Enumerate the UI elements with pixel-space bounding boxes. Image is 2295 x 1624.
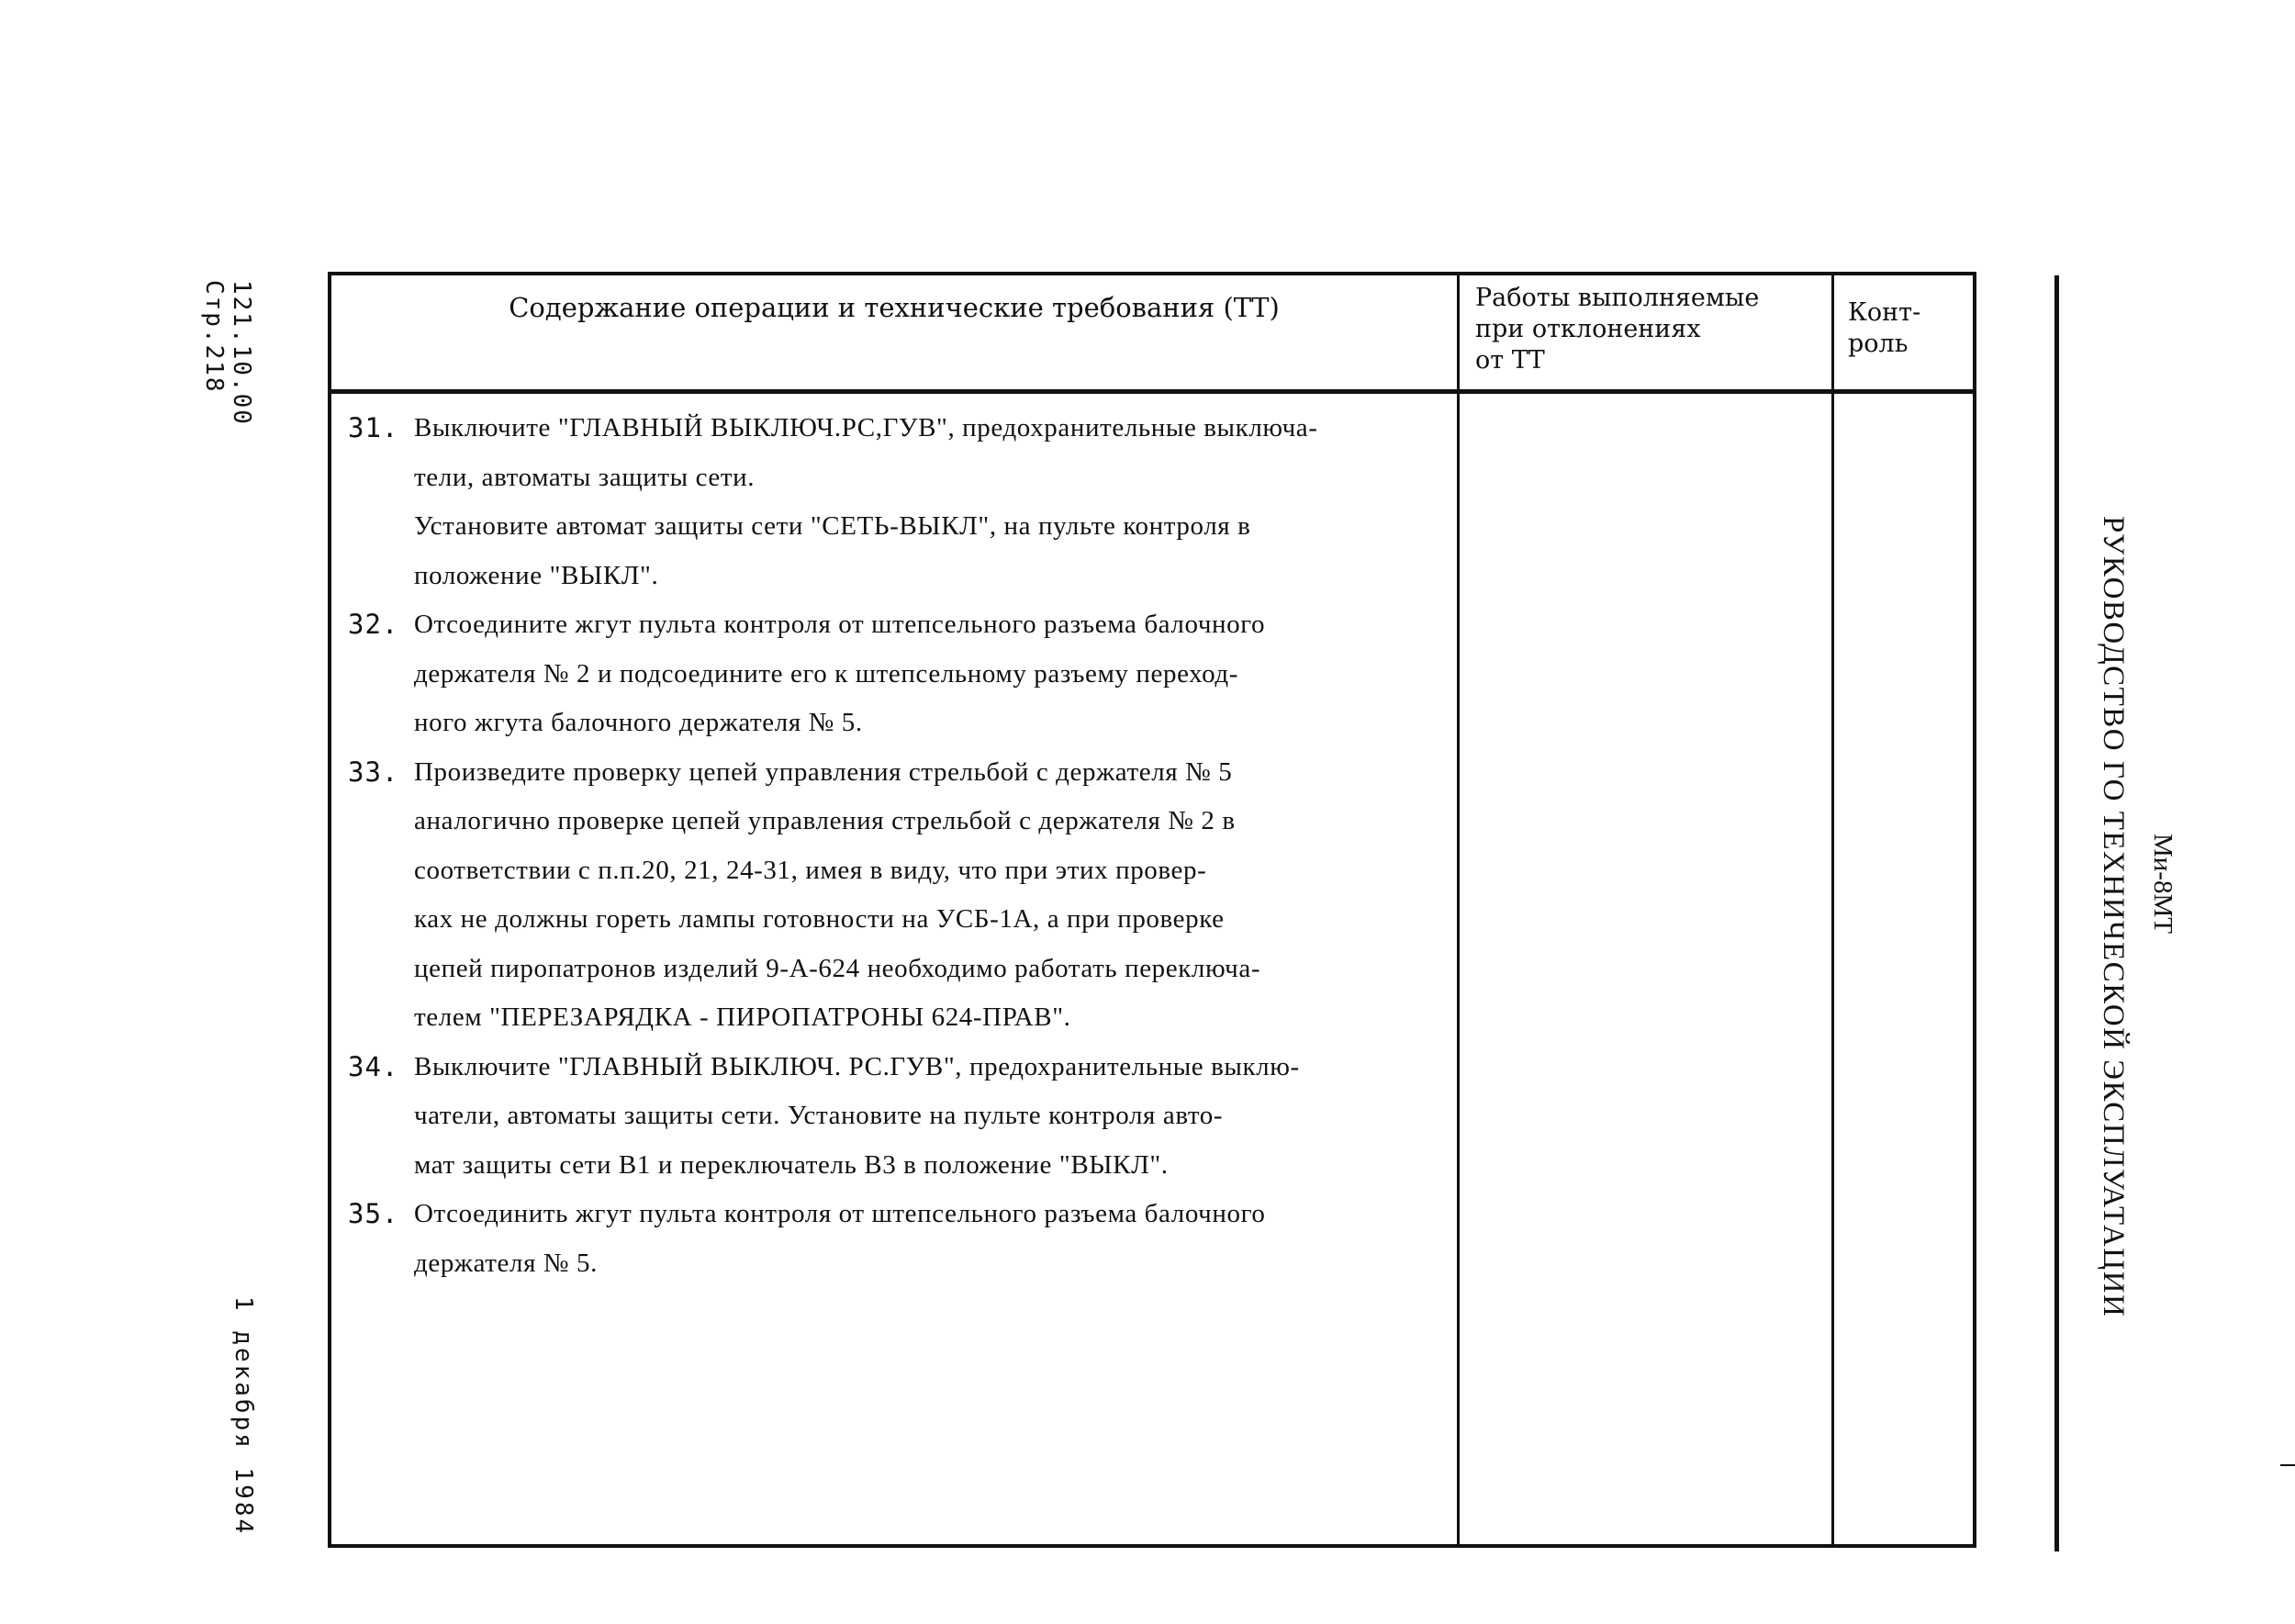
operation-line: соответствии с п.п.20, 21, 24-31, имея в… xyxy=(348,846,1450,896)
column-header-deviations: Работы выполняемые при отклонениях от ТТ xyxy=(1475,283,1824,376)
operation-text: Произведите проверку цепей управления ст… xyxy=(414,748,1232,798)
operation-item: 31.Выключите "ГЛАВНЫЙ ВЫКЛЮЧ.РС,ГУВ", пр… xyxy=(348,404,1450,600)
operation-text: Отсоединить жгут пульта контроля от штеп… xyxy=(414,1190,1265,1239)
manual-title: РУКОВОДСТВО ГО ТЕХНИЧЕСКОЙ ЭКСПЛУАТАЦИИ xyxy=(2096,516,2130,1317)
operation-line: 34.Выключите "ГЛАВНЫЙ ВЫКЛЮЧ. РС.ГУВ", п… xyxy=(348,1043,1450,1092)
operation-text: ного жгута балочного держателя № 5. xyxy=(414,699,863,748)
operation-text: ках не должны гореть лампы готовности на… xyxy=(414,895,1225,945)
operation-line: ного жгута балочного держателя № 5. xyxy=(348,699,1450,748)
operation-text: держателя № 2 и подсоедините его к штепс… xyxy=(414,650,1238,700)
operation-line: 33.Произведите проверку цепей управления… xyxy=(348,748,1450,798)
operation-line: 31.Выключите "ГЛАВНЫЙ ВЫКЛЮЧ.РС,ГУВ", пр… xyxy=(348,404,1450,454)
aircraft-model: Ми-8МТ xyxy=(2147,834,2177,934)
operation-number: 34. xyxy=(348,1043,412,1092)
operation-item: 32.Отсоедините жгут пульта контроля от ш… xyxy=(348,600,1450,748)
operation-text: держателя № 5. xyxy=(414,1239,598,1289)
operation-text: Установите автомат защиты сети "СЕТЬ-ВЫК… xyxy=(414,502,1250,552)
operation-line: аналогично проверке цепей управления стр… xyxy=(348,797,1450,846)
operation-text: Отсоедините жгут пульта контроля от штеп… xyxy=(414,600,1265,650)
operation-line: телем "ПЕРЕЗАРЯДКА - ПИРОПАТРОНЫ 624-ПРА… xyxy=(348,993,1450,1043)
operation-line: ках не должны гореть лампы готовности на… xyxy=(348,895,1450,945)
operation-text: цепей пиропатронов изделий 9-А-624 необх… xyxy=(414,945,1260,994)
operation-line: Установите автомат защиты сети "СЕТЬ-ВЫК… xyxy=(348,502,1450,552)
operation-line: держателя № 2 и подсоедините его к штепс… xyxy=(348,650,1450,700)
operation-line: 35.Отсоединить жгут пульта контроля от ш… xyxy=(348,1190,1450,1239)
document-page: 121.10.00 Стр.218 1 декабря 1984 Содержа… xyxy=(0,0,2295,1624)
operation-line: держателя № 5. xyxy=(348,1239,1450,1289)
document-code-stamp: 121.10.00 Стр.218 xyxy=(200,280,255,464)
operation-text: телем "ПЕРЕЗАРЯДКА - ПИРОПАТРОНЫ 624-ПРА… xyxy=(414,993,1070,1043)
document-code: 121.10.00 xyxy=(228,280,255,426)
operation-number: 35. xyxy=(348,1190,412,1239)
operation-text: Выключите "ГЛАВНЫЙ ВЫКЛЮЧ. РС.ГУВ", пред… xyxy=(414,1043,1300,1092)
column-divider xyxy=(1831,275,1834,1544)
operation-text: соответствии с п.п.20, 21, 24-31, имея в… xyxy=(414,846,1206,896)
column-header-content: Содержание операции и технические требов… xyxy=(331,292,1457,323)
operation-line: тели, автоматы защиты сети. xyxy=(348,454,1450,503)
operation-item: 35.Отсоединить жгут пульта контроля от ш… xyxy=(348,1190,1450,1288)
operation-number: 33. xyxy=(348,748,412,798)
operation-line: положение "ВЫКЛ". xyxy=(348,552,1450,601)
operation-text: аналогично проверке цепей управления стр… xyxy=(414,797,1236,846)
operation-line: 32.Отсоедините жгут пульта контроля от ш… xyxy=(348,600,1450,650)
operation-line: мат защиты сети В1 и переключатель В3 в … xyxy=(348,1141,1450,1191)
column-divider xyxy=(1457,275,1460,1544)
column-header-control: Конт- роль xyxy=(1848,297,1967,360)
operation-line: цепей пиропатронов изделий 9-А-624 необх… xyxy=(348,945,1450,994)
operation-number: 32. xyxy=(348,600,412,650)
operation-text: тели, автоматы защиты сети. xyxy=(414,454,755,503)
edge-mark xyxy=(2280,1464,2295,1466)
header-divider xyxy=(331,389,1973,394)
page-number: Стр.218 xyxy=(200,280,228,464)
operation-text: положение "ВЫКЛ". xyxy=(414,552,658,601)
operation-number: 31. xyxy=(348,404,412,454)
operation-item: 34.Выключите "ГЛАВНЫЙ ВЫКЛЮЧ. РС.ГУВ", п… xyxy=(348,1043,1450,1191)
revision-date: 1 декабря 1984 xyxy=(229,1296,257,1536)
operation-text: Выключите "ГЛАВНЫЙ ВЫКЛЮЧ.РС,ГУВ", предо… xyxy=(414,404,1317,454)
operation-line: чатели, автоматы защиты сети. Установите… xyxy=(348,1092,1450,1141)
operation-item: 33.Произведите проверку цепей управления… xyxy=(348,748,1450,1043)
operations-list: 31.Выключите "ГЛАВНЫЙ ВЫКЛЮЧ.РС,ГУВ", пр… xyxy=(348,404,1450,1288)
operation-text: чатели, автоматы защиты сети. Установите… xyxy=(414,1092,1223,1141)
operations-table: Содержание операции и технические требов… xyxy=(328,272,1976,1548)
operation-text: мат защиты сети В1 и переключатель В3 в … xyxy=(414,1141,1169,1191)
binding-rule xyxy=(2054,275,2059,1551)
